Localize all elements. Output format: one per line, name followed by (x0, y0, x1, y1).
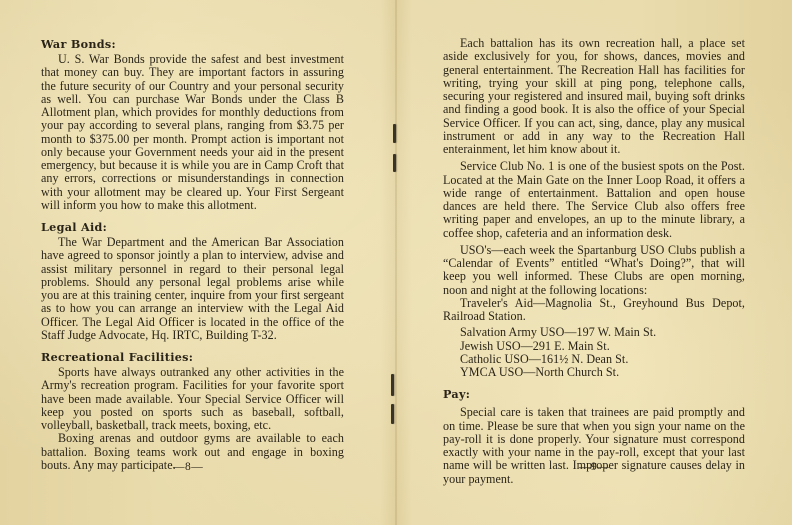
recreational-paragraph-sports: Sports have always outranked any other a… (41, 366, 344, 432)
uso-location-jewish: Jewish USO—291 E. Main St. (443, 340, 745, 353)
staple-top-lower (393, 154, 396, 172)
page-number-right: —9— (579, 461, 609, 473)
recreation-hall-paragraph: Each battalion has its own recreation ha… (443, 37, 745, 156)
uso-location-ymca: YMCA USO—North Church St. (443, 366, 745, 379)
uso-paragraph: USO's—each week the Spartanburg USO Club… (443, 244, 745, 297)
uso-location-travelers-aid: Traveler's Aid—Magnolia St., Greyhound B… (443, 297, 745, 324)
war-bonds-paragraph: U. S. War Bonds provide the safest and b… (41, 53, 344, 212)
section-heading-war-bonds: War Bonds: (41, 37, 344, 51)
booklet-spread: War Bonds: U. S. War Bonds provide the s… (0, 0, 792, 525)
service-club-paragraph: Service Club No. 1 is one of the busiest… (443, 160, 745, 240)
uso-location-catholic: Catholic USO—161½ N. Dean St. (443, 353, 745, 366)
staple-bottom-upper (391, 374, 394, 396)
section-heading-recreational-facilities: Recreational Facilities: (41, 350, 344, 364)
right-page: Each battalion has its own recreation ha… (443, 37, 745, 486)
staple-bottom-lower (391, 404, 394, 424)
center-fold (395, 0, 397, 525)
section-heading-pay: Pay: (443, 387, 745, 401)
uso-location-salvation-army: Salvation Army USO—197 W. Main St. (443, 326, 745, 339)
section-heading-legal-aid: Legal Aid: (41, 220, 344, 234)
page-number-left: —8— (173, 461, 203, 473)
legal-aid-paragraph: The War Department and the American Bar … (41, 236, 344, 342)
staple-top-upper (393, 124, 396, 143)
pay-paragraph: Special care is taken that trainees are … (443, 406, 745, 486)
left-page: War Bonds: U. S. War Bonds provide the s… (41, 37, 344, 472)
